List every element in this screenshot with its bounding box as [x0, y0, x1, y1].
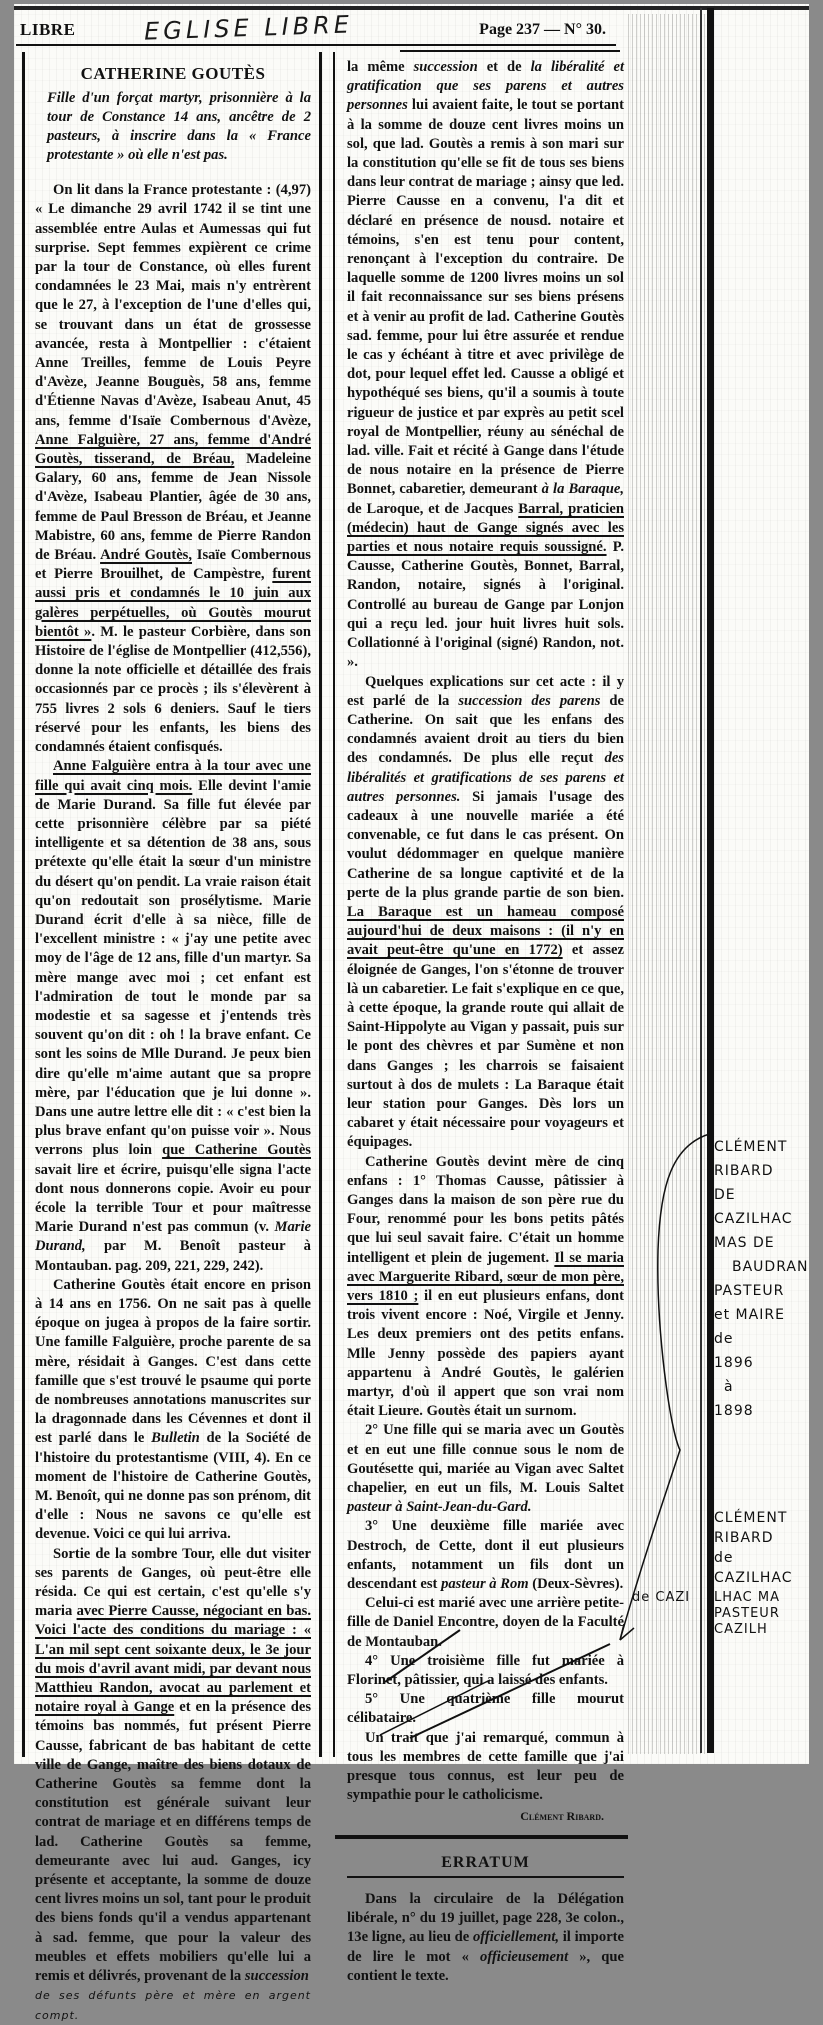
italic-text: à la Baraque, — [542, 481, 624, 497]
handwritten-margin-note: CLÉMENT RIBARD DE CAZILHAC MAS DE BAUDRA… — [714, 1135, 814, 1423]
paragraph: Quelques explications sur cet acte : il … — [347, 673, 624, 1153]
paragraph: Catherine Goutès était encore en prison … — [35, 1276, 311, 1545]
paragraph: Un trait que j'ai remarqué, commun à tou… — [347, 1729, 624, 1767]
handwritten-margin-note-prefix: de CAZI — [632, 1590, 690, 1605]
paragraph: la même succession et de la libéralité e… — [347, 58, 624, 673]
page-header: LIBRE EGLISE LIBRE Page 237 — N° 30. — [16, 14, 616, 46]
paragraph: 4° Une troisième fille fut mariée à Flor… — [347, 1652, 624, 1690]
paragraph: 5° Une quatrième fille mourut célibatair… — [347, 1690, 624, 1728]
column-rule — [700, 8, 702, 1753]
column-rule — [707, 8, 714, 1753]
italic-text: succession — [414, 59, 478, 75]
italic-text: succession des parens — [458, 693, 600, 709]
italic-text: pasteur à Saint-Jean-du-Gard. — [347, 1499, 531, 1515]
article-column-right: la même succession et de la libéralité e… — [333, 52, 628, 1757]
paragraph: On lit dans la France protestante : (4,9… — [35, 181, 311, 757]
italic-text: pasteur à Rom — [441, 1576, 529, 1592]
paragraph: Anne Falguière entra à la tour avec une … — [35, 757, 311, 1275]
article-column-left: CATHERINE GOUTÈS Fille d'un forçat marty… — [22, 52, 322, 1757]
publication-name: LIBRE — [20, 20, 75, 40]
underlined-text: que Catherine Goutès — [162, 1142, 311, 1158]
handwritten-publication-title: EGLISE LIBRE — [144, 10, 354, 45]
paragraph: 2° Une fille qui se maria avec un Goutès… — [347, 1421, 624, 1517]
paragraph: Catherine Goutès devint mère de cinq enf… — [347, 1153, 624, 1422]
underlined-text: André Goutès, — [100, 547, 192, 563]
italic-text: Bulletin — [151, 1430, 200, 1446]
page-number: Page 237 — N° 30. — [479, 21, 606, 39]
paragraph: Celui-ci est marié avec une arrière peti… — [347, 1594, 624, 1652]
scan-gutter — [628, 14, 708, 1754]
handwritten-margin-note: LHAC MA PASTEUR CAZILH — [714, 1590, 814, 1638]
article-subtitle: Fille d'un forçat martyr, prisonnière à … — [35, 89, 311, 165]
article-title: CATHERINE GOUTÈS — [35, 64, 311, 83]
handwritten-margin-note: CLÉMENT RIBARD de CAZILHAC — [714, 1508, 814, 1588]
paragraph: Sortie de la sombre Tour, elle dut visit… — [35, 1545, 311, 1767]
paragraph: 3° Une deuxième fille mariée avec Destro… — [347, 1517, 624, 1594]
top-border — [14, 6, 809, 10]
